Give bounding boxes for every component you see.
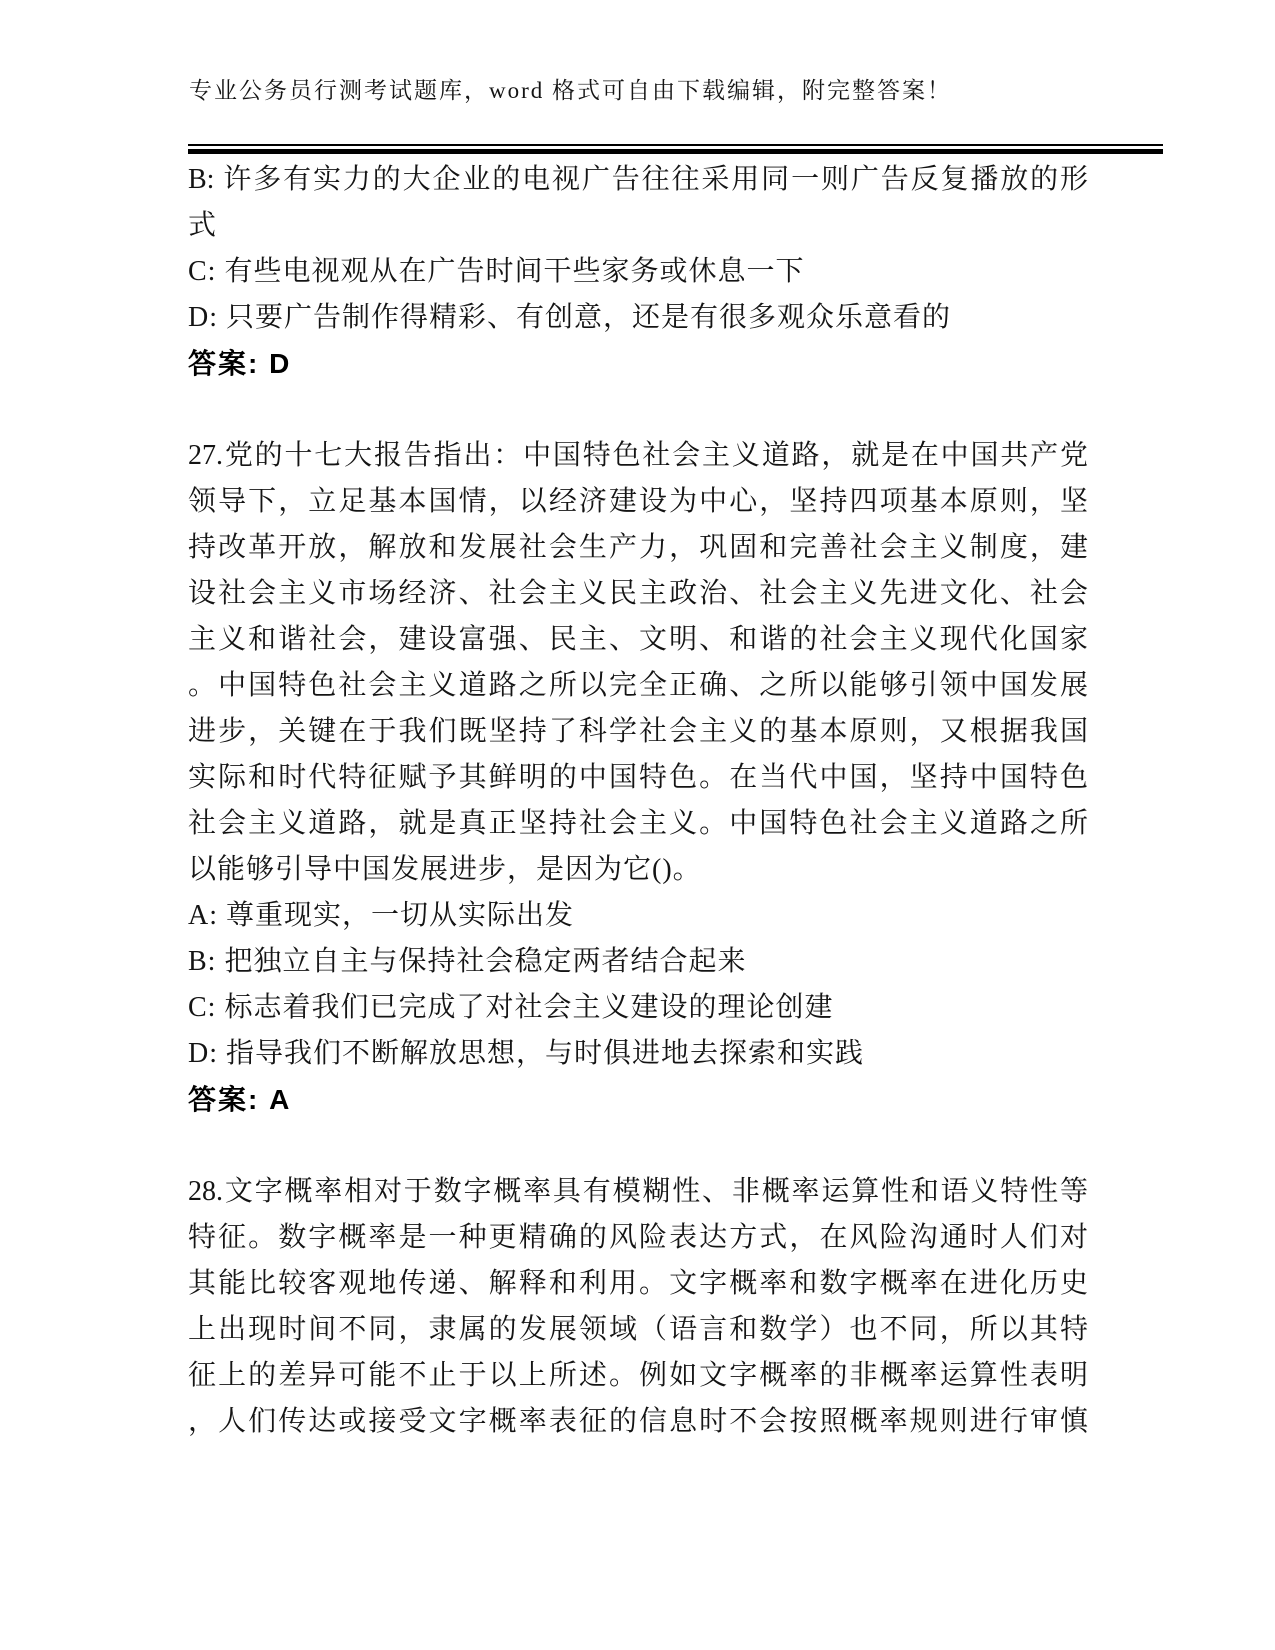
text-line: 进步，关键在于我们既坚持了科学社会主义的基本原则，又根据我国: [188, 709, 1088, 755]
text-line: C: 有些电视观从在广告时间干些家务或休息一下: [188, 249, 1088, 295]
text-line: 28.文字概率相对于数字概率具有模糊性、非概率运算性和语义特性等: [188, 1169, 1088, 1215]
text-line: 其能比较客观地传递、解释和利用。文字概率和数字概率在进化历史: [188, 1261, 1088, 1307]
text-line: 式: [188, 203, 1088, 249]
text-line: 设社会主义市场经济、社会主义民主政治、社会主义先进文化、社会: [188, 571, 1088, 617]
text-line: 答案: A: [188, 1077, 1088, 1123]
question-28: 28.文字概率相对于数字概率具有模糊性、非概率运算性和语义特性等特征。数字概率是…: [188, 1169, 1088, 1445]
page: 专业公务员行测考试题库，word 格式可自由下载编辑，附完整答案！ B: 许多有…: [0, 0, 1275, 1650]
text-line: 27.党的十七大报告指出：中国特色社会主义道路，就是在中国共产党: [188, 433, 1088, 479]
text-line: 主义和谐社会，建设富强、民主、文明、和谐的社会主义现代化国家: [188, 617, 1088, 663]
text-line: 征上的差异可能不止于以上所述。例如文字概率的非概率运算性表明: [188, 1353, 1088, 1399]
text-line: 。中国特色社会主义道路之所以完全正确、之所以能够引领中国发展: [188, 663, 1088, 709]
text-line: D: 指导我们不断解放思想，与时俱进地去探索和实践: [188, 1031, 1088, 1077]
text-line: B: 许多有实力的大企业的电视广告往往采用同一则广告反复播放的形: [188, 157, 1088, 203]
header-note: 专业公务员行测考试题库，word 格式可自由下载编辑，附完整答案！: [189, 72, 952, 105]
text-line: 上出现时间不同，隶属的发展领域（语言和数学）也不同，所以其特: [188, 1307, 1088, 1353]
text-line: 以能够引导中国发展进步，是因为它()。: [188, 847, 1088, 893]
text-line: A: 尊重现实，一切从实际出发: [188, 893, 1088, 939]
text-line: 社会主义道路，就是真正坚持社会主义。中国特色社会主义道路之所: [188, 801, 1088, 847]
text-line: 特征。数字概率是一种更精确的风险表达方式，在风险沟通时人们对: [188, 1215, 1088, 1261]
text-line: B: 把独立自主与保持社会稳定两者结合起来: [188, 939, 1088, 985]
header-rule: [188, 144, 1163, 154]
question-26-options: B: 许多有实力的大企业的电视广告往往采用同一则广告反复播放的形式C: 有些电视…: [188, 157, 1088, 387]
text-line: C: 标志着我们已完成了对社会主义建设的理论创建: [188, 985, 1088, 1031]
text-line: 实际和时代特征赋予其鲜明的中国特色。在当代中国，坚持中国特色: [188, 755, 1088, 801]
text-line: 答案: D: [188, 341, 1088, 387]
question-27: 27.党的十七大报告指出：中国特色社会主义道路，就是在中国共产党领导下，立足基本…: [188, 433, 1088, 1123]
text-line: D: 只要广告制作得精彩、有创意，还是有很多观众乐意看的: [188, 295, 1088, 341]
text-line: 持改革开放，解放和发展社会生产力，巩固和完善社会主义制度，建: [188, 525, 1088, 571]
text-line: ，人们传达或接受文字概率表征的信息时不会按照概率规则进行审慎: [188, 1399, 1088, 1445]
text-line: 领导下，立足基本国情，以经济建设为中心，坚持四项基本原则，坚: [188, 479, 1088, 525]
document-body: B: 许多有实力的大企业的电视广告往往采用同一则广告反复播放的形式C: 有些电视…: [188, 157, 1088, 1445]
